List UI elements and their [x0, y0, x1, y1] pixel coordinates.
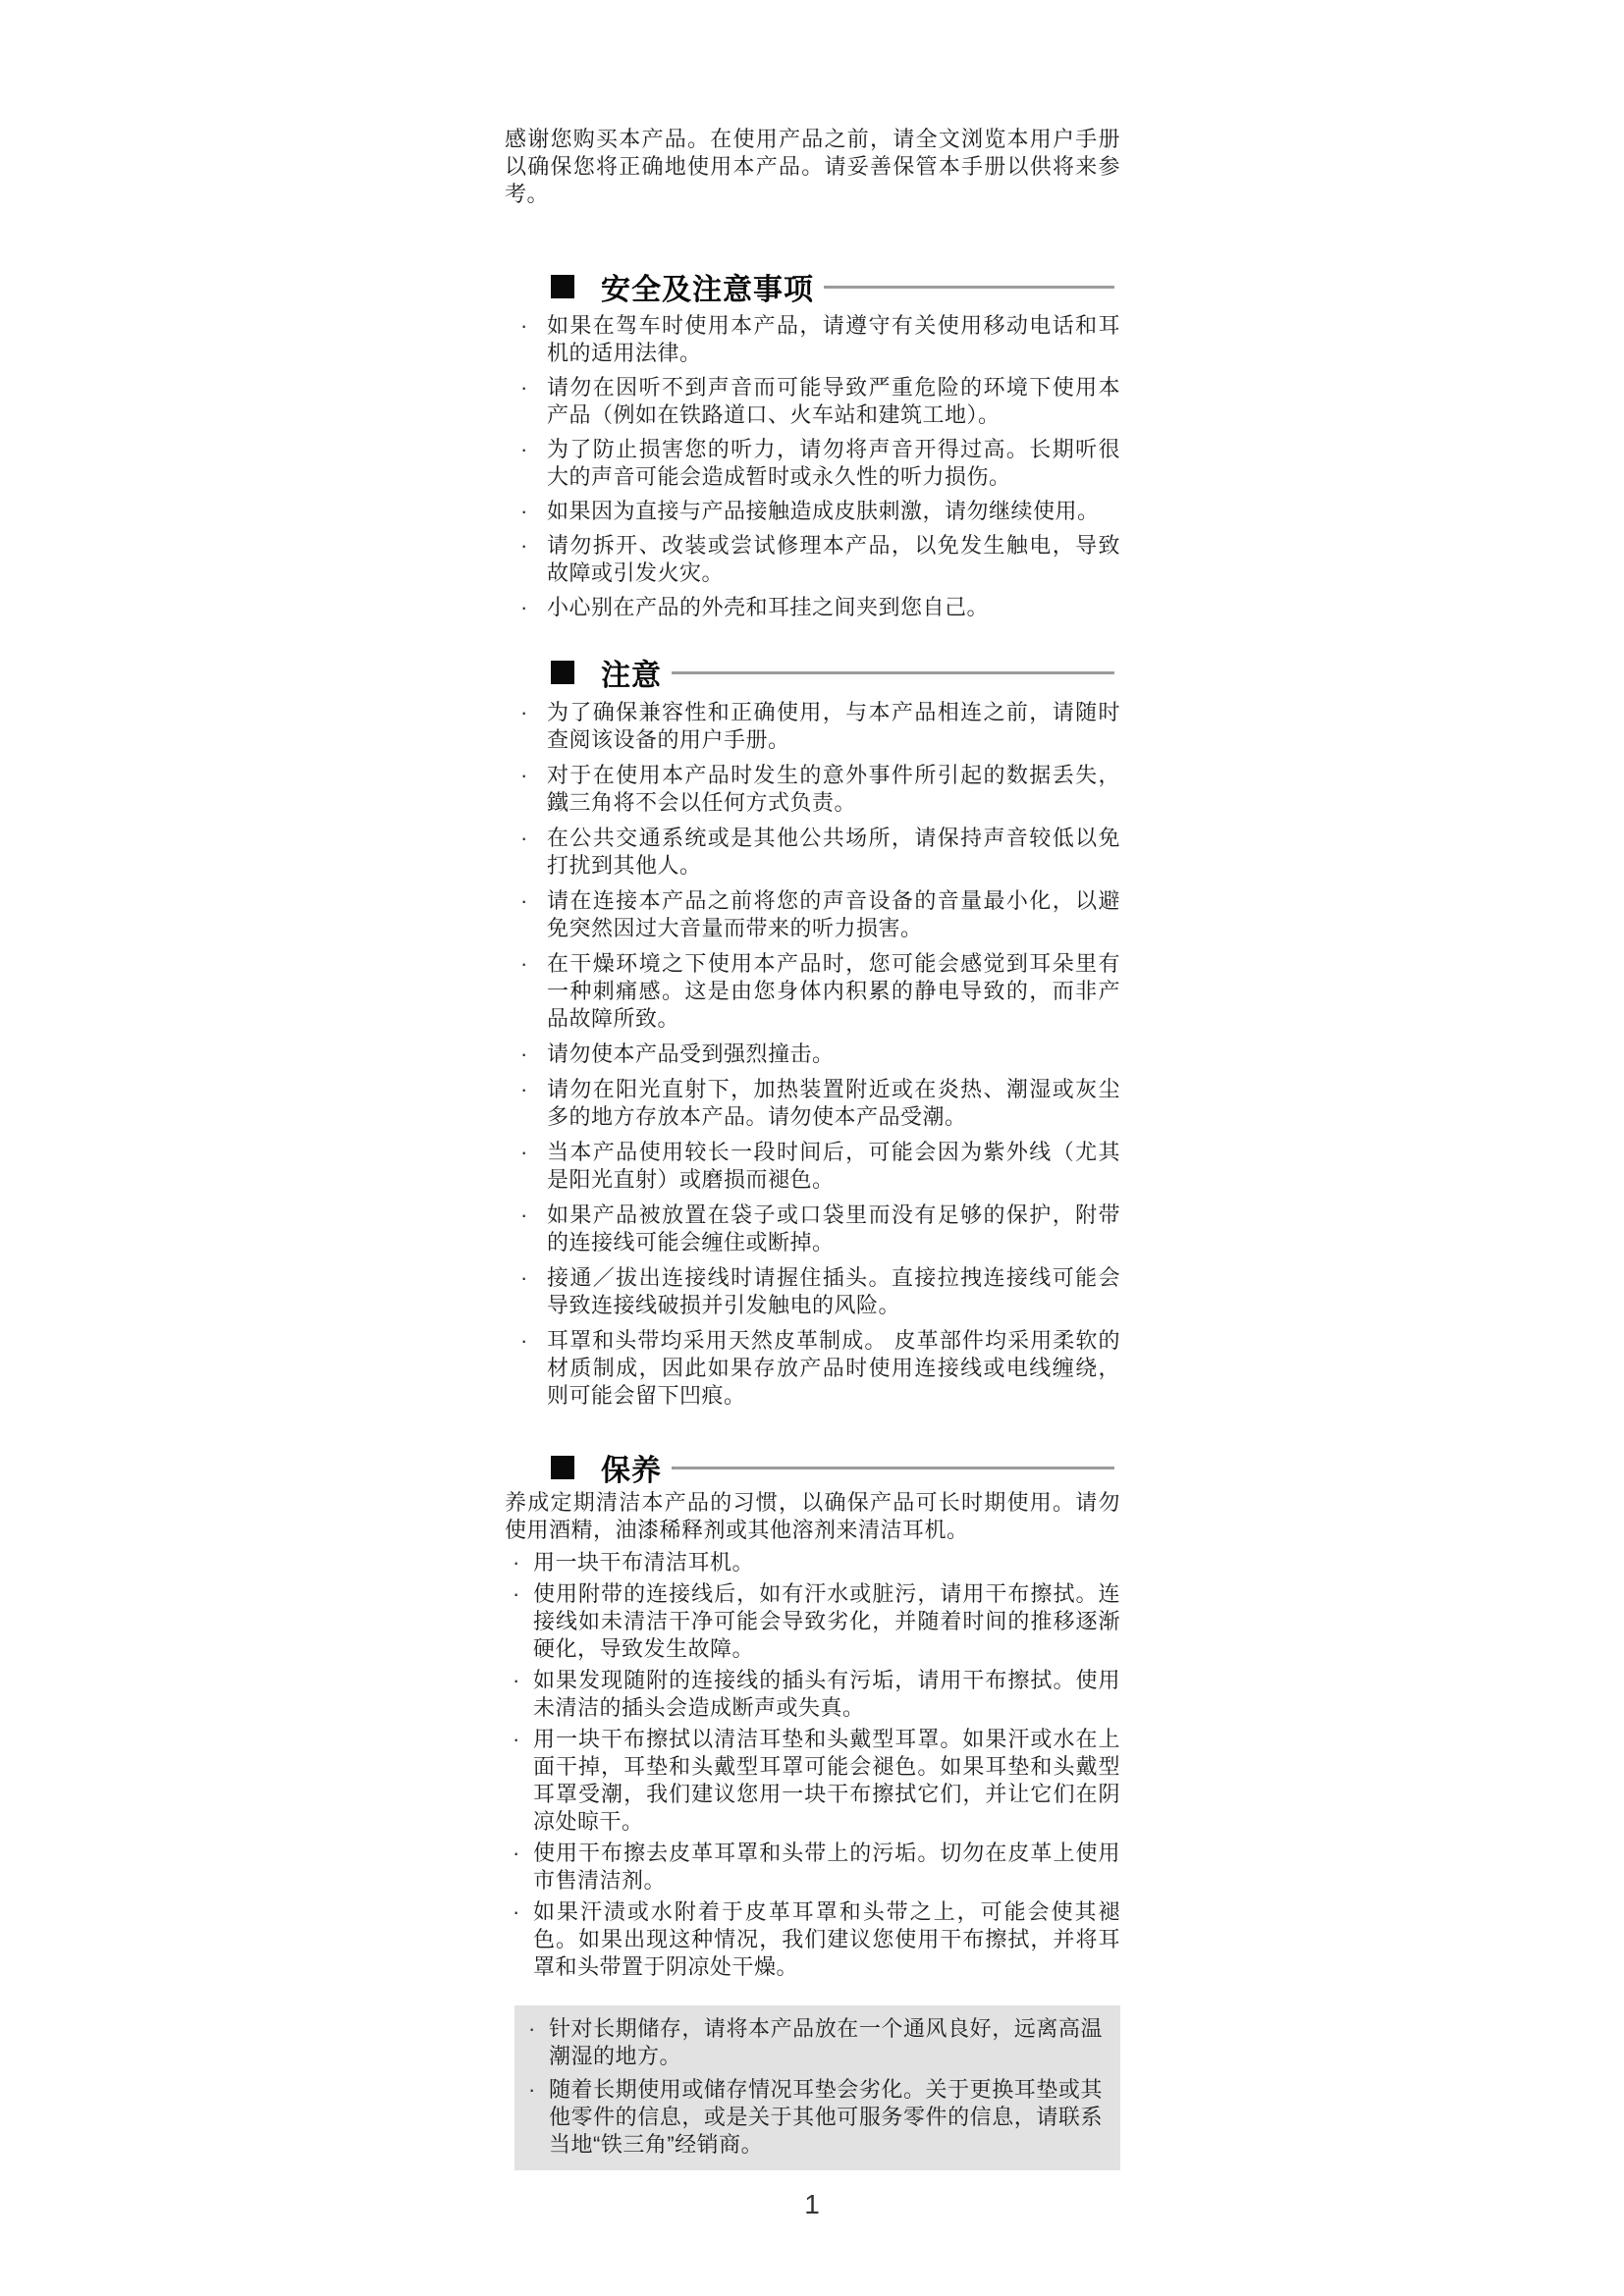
bullet-text: 在干燥环境之下使用本产品时，您可能会感觉到耳朵里有一种刺痛感。这是由您身体内积累… — [547, 951, 1120, 1031]
list-item: ·用一块干布擦拭以清洁耳垫和头戴型耳罩。如果汗或水在上面干掉，耳垫和头戴型耳罩可… — [505, 1726, 1120, 1836]
bullet-dot-icon: · — [520, 762, 528, 789]
list-item: ·如果发现随附的连接线的插头有污垢，请用干布擦拭。使用未清洁的插头会造成断声或失… — [505, 1667, 1120, 1722]
bullet-text: 请勿在因听不到声音而可能导致严重危险的环境下使用本产品（例如在铁路道口、火车站和… — [547, 375, 1120, 427]
caution-bullet-list: ·为了确保兼容性和正确使用，与本产品相连之前，请随时查阅该设备的用户手册。 ·对… — [505, 699, 1120, 1417]
bullet-text: 针对长期储存，请将本产品放在一个通风良好，远离高温潮湿的地方。 — [549, 2016, 1103, 2068]
section-rule — [824, 286, 1114, 289]
bullet-text: 用一块干布清洁耳机。 — [533, 1550, 754, 1575]
bullet-dot-icon: · — [520, 374, 528, 401]
section-title-maintenance: 保养 — [601, 1446, 662, 1489]
bullet-text: 为了确保兼容性和正确使用，与本产品相连之前，请随时查阅该设备的用户手册。 — [547, 700, 1120, 752]
bullet-dot-icon: · — [513, 1580, 520, 1608]
bullet-dot-icon: · — [520, 950, 528, 978]
list-item: ·针对长期储存，请将本产品放在一个通风良好，远离高温潮湿的地方。 — [514, 2015, 1103, 2070]
section-rule — [672, 1467, 1114, 1469]
list-item: ·请勿在阳光直射下，加热装置附近或在炎热、潮湿或灰尘多的地方存放本产品。请勿使本… — [505, 1076, 1120, 1131]
list-item: ·小心别在产品的外壳和耳挂之间夹到您自己。 — [505, 594, 1120, 621]
list-item: ·如果产品被放置在袋子或口袋里而没有足够的保护，附带的连接线可能会缠住或断掉。 — [505, 1201, 1120, 1256]
bullet-text: 请勿使本产品受到强烈撞击。 — [547, 1041, 835, 1066]
list-item: ·使用干布擦去皮革耳罩和头带上的污垢。切勿在皮革上使用市售清洁剂。 — [505, 1840, 1120, 1895]
section-title-safety: 安全及注意事项 — [601, 265, 814, 308]
bullet-dot-icon: · — [520, 1041, 528, 1068]
bullet-text: 接通／拔出连接线时请握住插头。直接拉拽连接线可能会导致连接线破损并引发触电的风险… — [547, 1265, 1120, 1317]
storage-notice-box: ·针对长期储存，请将本产品放在一个通风良好，远离高温潮湿的地方。 ·随着长期使用… — [514, 2005, 1120, 2170]
bullet-text: 请勿在阳光直射下，加热装置附近或在炎热、潮湿或灰尘多的地方存放本产品。请勿使本产… — [547, 1077, 1120, 1129]
bullet-dot-icon: · — [528, 2015, 536, 2043]
section-marker-square — [551, 661, 574, 684]
bullet-text: 随着长期使用或储存情况耳垫会劣化。关于更换耳垫或其他零件的信息，或是关于其他可服… — [549, 2077, 1103, 2157]
bullet-dot-icon: · — [520, 436, 528, 463]
bullet-text: 当本产品使用较长一段时间后，可能会因为紫外线（尤其是阳光直射）或磨损而褪色。 — [547, 1140, 1120, 1192]
bullet-dot-icon: · — [520, 532, 528, 560]
bullet-text: 如果发现随附的连接线的插头有污垢，请用干布擦拭。使用未清洁的插头会造成断声或失真… — [533, 1668, 1120, 1720]
list-item: ·请在连接本产品之前将您的声音设备的音量最小化，以避免突然因过大音量而带来的听力… — [505, 887, 1120, 942]
intro-paragraph: 感谢您购买本产品。在使用产品之前，请全文浏览本用户手册以确保您将正确地使用本产品… — [505, 126, 1120, 208]
list-item: ·为了确保兼容性和正确使用，与本产品相连之前，请随时查阅该设备的用户手册。 — [505, 699, 1120, 754]
section-rule — [672, 671, 1114, 674]
section-marker-square — [551, 1456, 574, 1479]
bullet-dot-icon: · — [513, 1898, 520, 1926]
list-item: ·如果汗渍或水附着于皮革耳罩和头带之上，可能会使其褪色。如果出现这种情况，我们建… — [505, 1898, 1120, 1981]
maintenance-intro-paragraph: 养成定期清洁本产品的习惯，以确保产品可长时期使用。请勿使用酒精，油漆稀释剂或其他… — [505, 1489, 1120, 1544]
bullet-text: 为了防止损害您的听力，请勿将声音开得过高。长期听很大的声音可能会造成暂时或永久性… — [547, 437, 1120, 489]
bullet-text: 如果汗渍或水附着于皮革耳罩和头带之上，可能会使其褪色。如果出现这种情况，我们建议… — [533, 1899, 1120, 1979]
list-item: ·为了防止损害您的听力，请勿将声音开得过高。长期听很大的声音可能会造成暂时或永久… — [505, 436, 1120, 491]
list-item: ·接通／拔出连接线时请握住插头。直接拉拽连接线可能会导致连接线破损并引发触电的风… — [505, 1264, 1120, 1319]
bullet-text: 如果因为直接与产品接触造成皮肤刺激，请勿继续使用。 — [547, 499, 1100, 523]
safety-bullet-list: ·如果在驾车时使用本产品，请遵守有关使用移动电话和耳机的适用法律。 ·请勿在因听… — [505, 312, 1120, 628]
bullet-text: 使用干布擦去皮革耳罩和头带上的污垢。切勿在皮革上使用市售清洁剂。 — [533, 1841, 1120, 1893]
list-item: ·在公共交通系统或是其他公共场所，请保持声音较低以免打扰到其他人。 — [505, 825, 1120, 880]
list-item: ·对于在使用本产品时发生的意外事件所引起的数据丢失，鐵三角将不会以任何方式负责。 — [505, 762, 1120, 817]
bullet-text: 用一块干布擦拭以清洁耳垫和头戴型耳罩。如果汗或水在上面干掉，耳垫和头戴型耳罩可能… — [533, 1727, 1120, 1834]
bullet-dot-icon: · — [528, 2076, 536, 2104]
bullet-dot-icon: · — [520, 1139, 528, 1166]
list-item: ·如果因为直接与产品接触造成皮肤刺激，请勿继续使用。 — [505, 498, 1120, 525]
notice-bullet-list: ·针对长期储存，请将本产品放在一个通风良好，远离高温潮湿的地方。 ·随着长期使用… — [514, 2015, 1103, 2159]
bullet-text: 使用附带的连接线后，如有汗水或脏污，请用干布擦拭。连接线如未清洁干净可能会导致劣… — [533, 1581, 1120, 1661]
page-number: 1 — [0, 2189, 1624, 2220]
list-item: ·当本产品使用较长一段时间后，可能会因为紫外线（尤其是阳光直射）或磨损而褪色。 — [505, 1139, 1120, 1194]
list-item: ·在干燥环境之下使用本产品时，您可能会感觉到耳朵里有一种刺痛感。这是由您身体内积… — [505, 950, 1120, 1033]
section-header-maintenance: 保养 — [505, 1446, 1120, 1489]
bullet-dot-icon: · — [513, 1667, 520, 1694]
maintenance-bullet-list: ·用一块干布清洁耳机。 ·使用附带的连接线后，如有汗水或脏污，请用干布擦拭。连接… — [505, 1549, 1120, 1985]
list-item: ·请勿在因听不到声音而可能导致严重危险的环境下使用本产品（例如在铁路道口、火车站… — [505, 374, 1120, 429]
bullet-dot-icon: · — [520, 1076, 528, 1103]
bullet-text: 如果产品被放置在袋子或口袋里而没有足够的保护，附带的连接线可能会缠住或断掉。 — [547, 1202, 1120, 1255]
bullet-dot-icon: · — [520, 699, 528, 726]
section-marker-square — [551, 275, 574, 298]
bullet-dot-icon: · — [520, 1264, 528, 1292]
list-item: ·用一块干布清洁耳机。 — [505, 1549, 1120, 1576]
bullet-text: 如果在驾车时使用本产品，请遵守有关使用移动电话和耳机的适用法律。 — [547, 313, 1120, 365]
bullet-dot-icon: · — [520, 594, 528, 621]
bullet-text: 请勿拆开、改装或尝试修理本产品，以免发生触电，导致故障或引发火灾。 — [547, 533, 1120, 585]
bullet-dot-icon: · — [513, 1726, 520, 1753]
bullet-dot-icon: · — [520, 312, 528, 340]
section-header-safety: 安全及注意事项 — [505, 265, 1120, 308]
bullet-text: 对于在使用本产品时发生的意外事件所引起的数据丢失，鐵三角将不会以任何方式负责。 — [547, 763, 1120, 815]
bullet-dot-icon: · — [513, 1840, 520, 1867]
bullet-text: 在公共交通系统或是其他公共场所，请保持声音较低以免打扰到其他人。 — [547, 826, 1120, 878]
manual-page: { "marks": { "bullet": "·" }, "colors": … — [0, 0, 1624, 2296]
bullet-dot-icon: · — [520, 825, 528, 852]
bullet-text: 请在连接本产品之前将您的声音设备的音量最小化，以避免突然因过大音量而带来的听力损… — [547, 888, 1120, 940]
bullet-text: 耳罩和头带均采用天然皮革制成。 皮革部件均采用柔软的材质制成，因此如果存放产品时… — [547, 1328, 1120, 1408]
list-item: ·耳罩和头带均采用天然皮革制成。 皮革部件均采用柔软的材质制成，因此如果存放产品… — [505, 1327, 1120, 1410]
section-header-caution: 注意 — [505, 651, 1120, 694]
bullet-dot-icon: · — [520, 498, 528, 525]
list-item: ·请勿拆开、改装或尝试修理本产品，以免发生触电，导致故障或引发火灾。 — [505, 532, 1120, 587]
bullet-dot-icon: · — [513, 1549, 520, 1576]
list-item: ·使用附带的连接线后，如有汗水或脏污，请用干布擦拭。连接线如未清洁干净可能会导致… — [505, 1580, 1120, 1663]
list-item: ·请勿使本产品受到强烈撞击。 — [505, 1041, 1120, 1068]
list-item: ·如果在驾车时使用本产品，请遵守有关使用移动电话和耳机的适用法律。 — [505, 312, 1120, 367]
list-item: ·随着长期使用或储存情况耳垫会劣化。关于更换耳垫或其他零件的信息，或是关于其他可… — [514, 2076, 1103, 2159]
bullet-dot-icon: · — [520, 887, 528, 915]
bullet-text: 小心别在产品的外壳和耳挂之间夹到您自己。 — [547, 595, 989, 619]
bullet-dot-icon: · — [520, 1327, 528, 1355]
section-title-caution: 注意 — [601, 651, 662, 694]
bullet-dot-icon: · — [520, 1201, 528, 1229]
